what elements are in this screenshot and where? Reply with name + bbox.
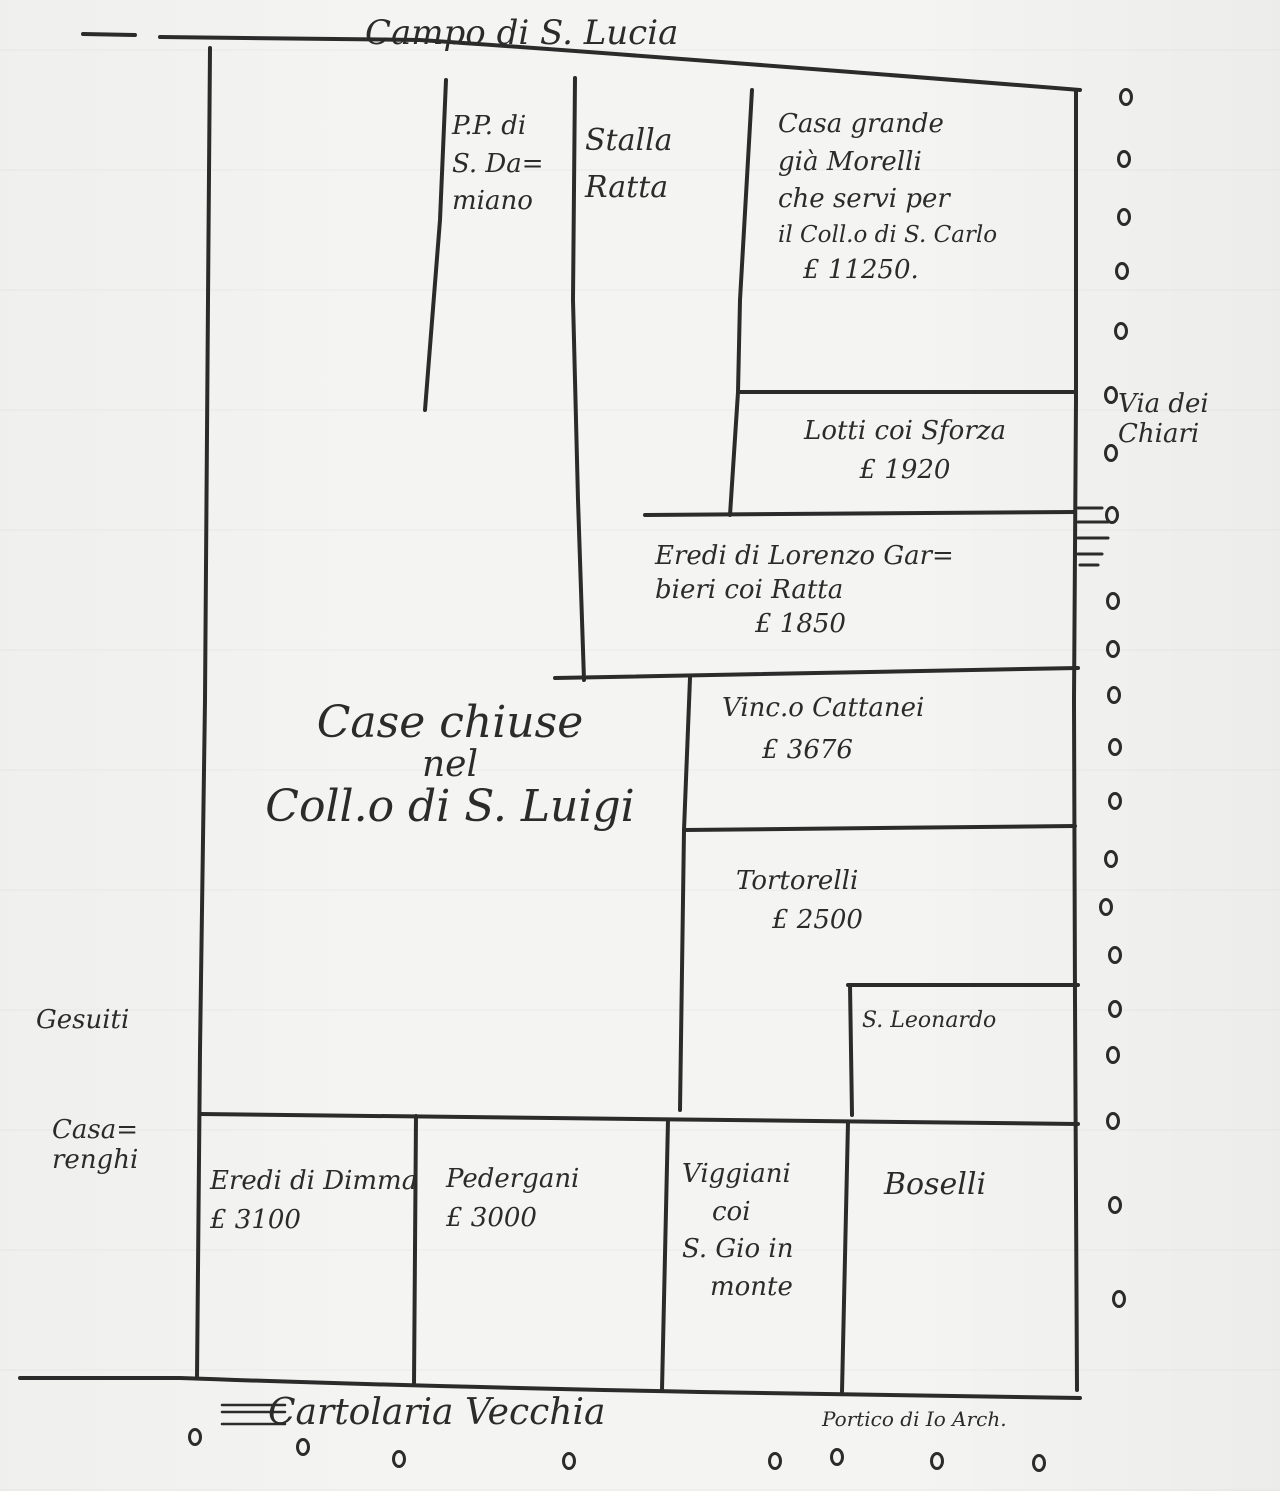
parcel-value: £ 2500: [736, 901, 863, 940]
parcel-line: Case chiuse: [240, 700, 660, 746]
column-marker-icon: [1108, 1000, 1122, 1018]
parcel-casa-grande: Casa grande già Morelli che servi per il…: [778, 106, 997, 290]
parcel-line: che servi per: [778, 181, 997, 219]
parcel-value: £ 3100: [210, 1201, 417, 1240]
street-label-campo-santa-lucia: Campo di S. Lucia: [365, 14, 678, 53]
parcel-line: Eredi di Dimma: [210, 1162, 417, 1201]
parcel-line: Pedergani: [446, 1160, 579, 1199]
parcel-line: monte: [682, 1269, 793, 1307]
column-marker-icon: [768, 1452, 782, 1470]
parcel-line: S. Gio in: [682, 1231, 793, 1269]
parcel-line: coi: [682, 1194, 793, 1232]
parcel-value: £ 3000: [446, 1199, 579, 1238]
parcel-value: £ 1850: [655, 608, 954, 642]
parcel-line: Lotti coi Sforza: [745, 412, 1065, 451]
parcel-line: bieri coi Ratta: [655, 574, 954, 608]
column-marker-icon: [1115, 262, 1129, 280]
parcel-line: Stalla: [585, 118, 673, 165]
label-gesuiti: Gesuiti: [36, 1006, 129, 1036]
parcel-line: Tortorelli: [736, 862, 863, 901]
parcel-value: £ 11250.: [778, 252, 997, 290]
parcel-line: nel: [240, 746, 660, 784]
column-marker-icon: [1119, 88, 1133, 106]
parcel-value: £ 3676: [722, 730, 924, 772]
parcel-pedergani: Pedergani £ 3000: [446, 1160, 579, 1238]
label-line: Casa=: [52, 1116, 138, 1146]
parcel-tortorelli: Tortorelli £ 2500: [736, 862, 863, 940]
column-marker-icon: [1104, 850, 1118, 868]
column-marker-icon: [930, 1452, 944, 1470]
parcel-line: Vinc.o Cattanei: [722, 688, 924, 730]
street-label-line: Chiari: [1118, 420, 1209, 450]
column-marker-icon: [1106, 1046, 1120, 1064]
parcel-value: £ 1920: [745, 451, 1065, 490]
street-label-line: Via dei: [1118, 390, 1209, 420]
parcel-eredi-garbieri: Eredi di Lorenzo Gar= bieri coi Ratta £ …: [655, 540, 954, 641]
column-marker-icon: [392, 1450, 406, 1468]
column-marker-icon: [1108, 946, 1122, 964]
column-marker-icon: [1106, 592, 1120, 610]
column-marker-icon: [830, 1448, 844, 1466]
street-label-portico: Portico di Io Arch.: [822, 1408, 1007, 1431]
parcel-line: il Coll.o di S. Carlo: [778, 219, 997, 252]
column-marker-icon: [1032, 1454, 1046, 1472]
column-marker-icon: [1117, 150, 1131, 168]
column-marker-icon: [1114, 322, 1128, 340]
parcel-cattanei: Vinc.o Cattanei £ 3676: [722, 688, 924, 771]
label-line: renghi: [52, 1146, 138, 1176]
column-marker-icon: [188, 1428, 202, 1446]
column-marker-icon: [1117, 208, 1131, 226]
column-marker-icon: [1106, 640, 1120, 658]
column-marker-icon: [1106, 1112, 1120, 1130]
parcel-line: Viggiani: [682, 1156, 793, 1194]
column-marker-icon: [1108, 1196, 1122, 1214]
parcel-viggiani: Viggiani coi S. Gio in monte: [682, 1156, 793, 1307]
column-marker-icon: [1108, 738, 1122, 756]
column-marker-icon: [1107, 686, 1121, 704]
column-marker-icon: [1099, 898, 1113, 916]
parcel-line: S. Da=: [452, 146, 544, 184]
column-marker-icon: [562, 1452, 576, 1470]
parcel-lotti-sforza: Lotti coi Sforza £ 1920: [745, 412, 1065, 490]
parcel-line: miano: [452, 183, 544, 221]
column-marker-icon: [1104, 386, 1118, 404]
parcel-pp-san-damiano: P.P. di S. Da= miano: [452, 108, 544, 221]
parcel-line: Eredi di Lorenzo Gar=: [655, 540, 954, 574]
parcel-boselli: Boselli: [884, 1168, 986, 1203]
parcel-line: Coll.o di S. Luigi: [240, 784, 660, 830]
parcel-san-leonardo: S. Leonardo: [862, 1008, 996, 1033]
column-marker-icon: [1112, 1290, 1126, 1308]
parcel-line: Casa grande: [778, 106, 997, 144]
parcel-stalla-ratta: Stalla Ratta: [585, 118, 673, 211]
parcel-line: P.P. di: [452, 108, 544, 146]
street-label-cartolaria-vecchia: Cartolaria Vecchia: [268, 1392, 605, 1433]
street-label-via-dei-chiari: Via dei Chiari: [1118, 390, 1209, 450]
parcel-line: Ratta: [585, 165, 673, 212]
column-marker-icon: [296, 1438, 310, 1456]
label-casarenghi: Casa= renghi: [52, 1116, 138, 1176]
column-marker-icon: [1105, 506, 1119, 524]
parcel-eredi-dimma: Eredi di Dimma £ 3100: [210, 1162, 417, 1240]
column-marker-icon: [1108, 792, 1122, 810]
parcel-case-chiuse: Case chiuse nel Coll.o di S. Luigi: [240, 700, 660, 830]
parcel-line: già Morelli: [778, 144, 997, 182]
column-marker-icon: [1104, 444, 1118, 462]
